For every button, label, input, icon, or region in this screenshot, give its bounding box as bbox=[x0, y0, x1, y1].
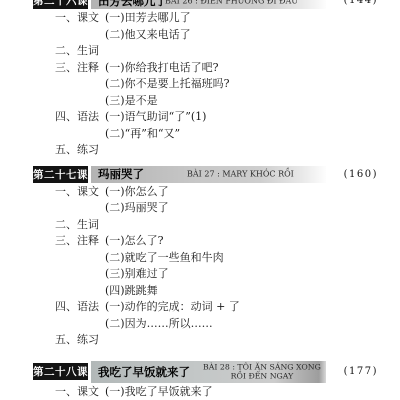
toc-row-category: 五、练习 bbox=[55, 331, 105, 347]
toc-row-entry: (一)怎么了? bbox=[105, 232, 400, 248]
toc-row: 一、课文 (一)田芳去哪儿了 bbox=[55, 9, 400, 26]
lesson-header: 第二十六课 田芳去哪儿了 BÀI 26 : ĐIỀN PHƯƠNG ĐI ĐÂU… bbox=[33, 0, 378, 9]
lesson-page-number: (177) bbox=[326, 366, 378, 377]
lesson-number-box: 第二十八课 bbox=[33, 363, 88, 380]
toc-row-entry: (二)“再”和“又” bbox=[105, 125, 400, 141]
lesson-title-vietnamese: BÀI 28 : TÔI ĂN SÁNG XONGRỒI ĐẾN NGAY bbox=[203, 362, 321, 381]
toc-row: (二)你不是要上托福班吗? bbox=[55, 75, 400, 92]
toc-row-category: 一、课文 bbox=[55, 183, 105, 199]
toc-row: (二)他又来电话了 bbox=[55, 26, 400, 43]
toc-row-entry: (二)你不是要上托福班吗? bbox=[105, 75, 400, 91]
lesson-section: 第二十七课 玛丽哭了 BÀI 27 : MARY KHÓC RỒI (160) … bbox=[0, 166, 400, 348]
toc-page: 第二十六课 田芳去哪儿了 BÀI 26 : ĐIỀN PHƯƠNG ĐI ĐÂU… bbox=[0, 0, 400, 400]
lesson-rows: 一、课文 (一)我吃了早饭就来了 bbox=[55, 383, 400, 400]
toc-row: (三)是不是 bbox=[55, 92, 400, 109]
toc-row-category: 一、课文 bbox=[55, 383, 105, 399]
toc-row: (二)玛丽哭了 bbox=[55, 199, 400, 216]
lesson-section: 第二十六课 田芳去哪儿了 BÀI 26 : ĐIỀN PHƯƠNG ĐI ĐÂU… bbox=[0, 0, 400, 158]
toc-row-category: 二、生词 bbox=[55, 216, 105, 232]
lesson-title-chinese: 玛丽哭了 bbox=[98, 166, 144, 182]
toc-row-entry: (三)别难过了 bbox=[105, 265, 400, 281]
lesson-title-bar: 我吃了早饭就来了 BÀI 28 : TÔI ĂN SÁNG XONGRỒI ĐẾ… bbox=[91, 361, 326, 383]
toc-row: 一、课文 (一)你怎么了 bbox=[55, 183, 400, 200]
lesson-page-number: (160) bbox=[326, 169, 378, 180]
lesson-number-box: 第二十七课 bbox=[33, 166, 88, 183]
toc-row: (二)因为……所以…… bbox=[55, 315, 400, 332]
toc-row: 三、注释 (一)你给我打电话了吧? bbox=[55, 59, 400, 76]
lesson-rows: 一、课文 (一)田芳去哪儿了 (二)他又来电话了 二、生词 三、注释 (一)你给… bbox=[55, 9, 400, 158]
toc-row-entry: (四)跳跳舞 bbox=[105, 282, 400, 298]
toc-row: (二)就吃了一些鱼和牛肉 bbox=[55, 249, 400, 266]
toc-row: 四、语法 (一)语气助词“了”(1) bbox=[55, 108, 400, 125]
lesson-number-box: 第二十六课 bbox=[33, 0, 88, 9]
toc-row: 五、练习 bbox=[55, 331, 400, 348]
toc-row: 一、课文 (一)我吃了早饭就来了 bbox=[55, 383, 400, 400]
lesson-title-chinese: 田芳去哪儿了 bbox=[98, 0, 167, 9]
toc-row-entry: (一)田芳去哪儿了 bbox=[105, 9, 400, 25]
toc-row-category: 四、语法 bbox=[55, 298, 105, 314]
toc-row-category: 一、课文 bbox=[55, 9, 105, 25]
toc-row: (四)跳跳舞 bbox=[55, 282, 400, 299]
toc-content: 第二十六课 田芳去哪儿了 BÀI 26 : ĐIỀN PHƯƠNG ĐI ĐÂU… bbox=[0, 0, 400, 399]
lesson-header: 第二十七课 玛丽哭了 BÀI 27 : MARY KHÓC RỒI (160) bbox=[33, 166, 378, 183]
lesson-rows: 一、课文 (一)你怎么了 (二)玛丽哭了 二、生词 三、注释 (一)怎么了? (… bbox=[55, 183, 400, 348]
toc-row-entry: (二)玛丽哭了 bbox=[105, 199, 400, 215]
toc-row: 三、注释 (一)怎么了? bbox=[55, 232, 400, 249]
lesson-header: 第二十八课 我吃了早饭就来了 BÀI 28 : TÔI ĂN SÁNG XONG… bbox=[33, 361, 378, 383]
toc-row-entry: (一)你给我打电话了吧? bbox=[105, 59, 400, 75]
toc-row-entry: (二)就吃了一些鱼和牛肉 bbox=[105, 249, 400, 265]
lesson-title-vietnamese: BÀI 27 : MARY KHÓC RỒI bbox=[187, 169, 294, 179]
toc-row: 五、练习 bbox=[55, 141, 400, 158]
lesson-title-bar: 玛丽哭了 BÀI 27 : MARY KHÓC RỒI bbox=[91, 166, 326, 183]
lesson-title-chinese: 我吃了早饭就来了 bbox=[98, 364, 190, 380]
toc-row-entry: (二)他又来电话了 bbox=[105, 26, 400, 42]
toc-row-category: 三、注释 bbox=[55, 59, 105, 75]
toc-row-category: 五、练习 bbox=[55, 141, 105, 157]
toc-row-entry: (一)你怎么了 bbox=[105, 183, 400, 199]
lesson-page-number: (144) bbox=[326, 0, 378, 6]
toc-row: (三)别难过了 bbox=[55, 265, 400, 282]
lesson-section: 第二十八课 我吃了早饭就来了 BÀI 28 : TÔI ĂN SÁNG XONG… bbox=[0, 361, 400, 400]
toc-row-entry: (一)我吃了早饭就来了 bbox=[105, 383, 400, 399]
toc-row-entry: (一)动作的完成：动词 + 了 bbox=[105, 298, 400, 314]
toc-row: 四、语法 (一)动作的完成：动词 + 了 bbox=[55, 298, 400, 315]
toc-row-category: 三、注释 bbox=[55, 232, 105, 248]
toc-row-category: 四、语法 bbox=[55, 108, 105, 124]
toc-row: (二)“再”和“又” bbox=[55, 125, 400, 142]
lesson-title-bar: 田芳去哪儿了 BÀI 26 : ĐIỀN PHƯƠNG ĐI ĐÂU bbox=[91, 0, 326, 9]
lesson-title-vietnamese: BÀI 26 : ĐIỀN PHƯƠNG ĐI ĐÂU bbox=[165, 0, 298, 5]
toc-row-entry: (一)语气助词“了”(1) bbox=[105, 108, 400, 124]
toc-row-category: 二、生词 bbox=[55, 42, 105, 58]
toc-row-entry: (三)是不是 bbox=[105, 92, 400, 108]
toc-row: 二、生词 bbox=[55, 42, 400, 59]
toc-row: 二、生词 bbox=[55, 216, 400, 233]
toc-row-entry: (二)因为……所以…… bbox=[105, 315, 400, 331]
